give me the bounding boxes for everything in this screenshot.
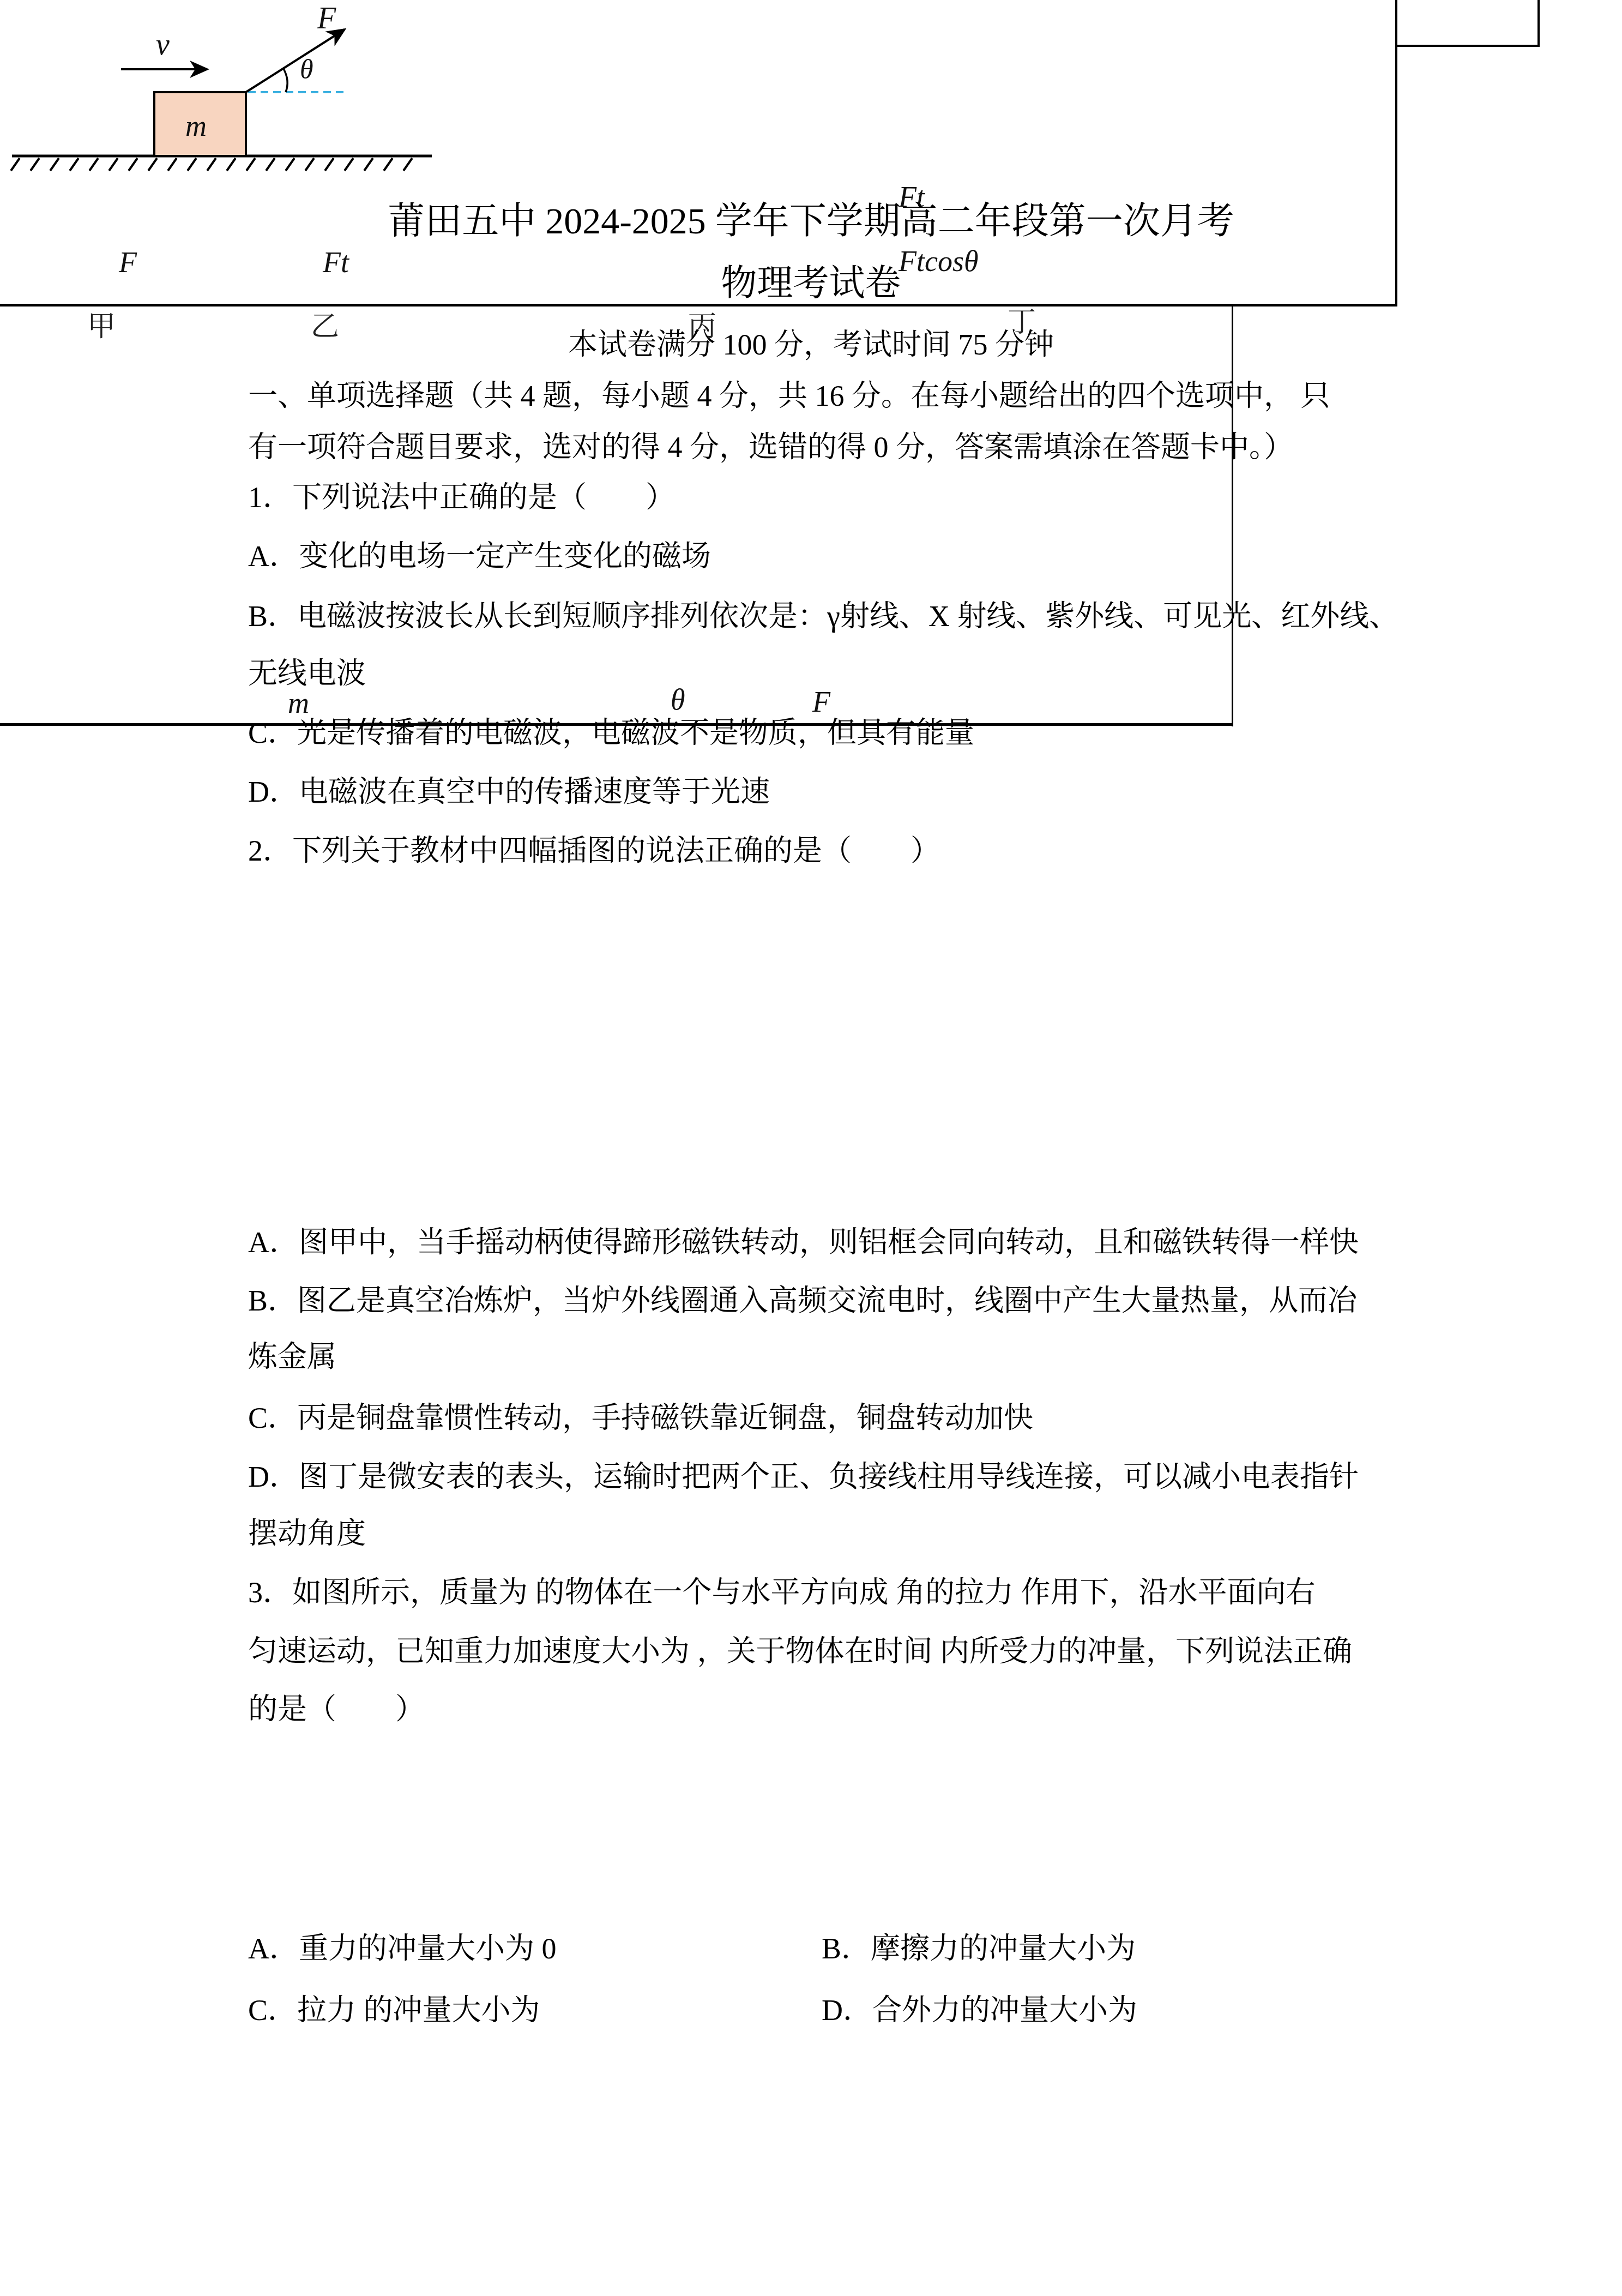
force-label: F (317, 1, 336, 36)
q2-option-b[interactable]: B．图乙是真空冶炼炉，当炉外线圈通入高频交流电时，线圈中产生大量热量，从而冶 (248, 1284, 1357, 1317)
velocity-label: v (156, 27, 170, 62)
stray-label-m: m (288, 686, 309, 720)
q2-option-d-cont: 摆动角度 (248, 1517, 366, 1550)
q1-option-d[interactable]: D．电磁波在真空中的传播速度等于光速 (248, 776, 770, 808)
content-box-right-edge (1232, 306, 1233, 726)
q1-option-b-cont: 无线电波 (248, 657, 366, 690)
question-2-stem: 2．下列关于教材中四幅插图的说法正确的是（ ） (248, 834, 940, 867)
question-2-figure-area (248, 873, 1393, 1222)
q3-option-a[interactable]: A．重力的冲量大小为 0 (248, 1932, 557, 1965)
exam-subtitle: 物理考试卷 (0, 262, 1622, 305)
q1-option-a[interactable]: A．变化的电场一定产生变化的磁场 (248, 540, 711, 573)
question-3-stem-line-3: 的是（ ） (248, 1693, 425, 1726)
q2-option-d[interactable]: D．图丁是微安表的表头，运输时把两个正、负接线柱用导线连接，可以减小电表指针 (248, 1460, 1359, 1493)
stray-label-F2: F (812, 685, 830, 719)
q3-option-b[interactable]: B．摩擦力的冲量大小为 (822, 1932, 1136, 1965)
q2-option-a[interactable]: A．图甲中，当手摇动柄使得蹄形磁铁转动，则铝框会同向转动，且和磁铁转得一样快 (248, 1226, 1359, 1259)
q1-option-c[interactable]: C．光是传播着的电磁波，电磁波不是物质，但具有能量 (248, 717, 974, 749)
section-intro-line-1: 一、单项选择题（共 4 题，每小题 4 分，共 16 分。在每小题给出的四个选项… (248, 380, 1330, 412)
section-intro-line-2: 有一项符合题目要求，选对的得 4 分，选错的得 0 分，答案需填涂在答题卡中。） (248, 431, 1293, 464)
angle-label: θ (300, 53, 313, 85)
exam-title: 莆田五中 2024-2025 学年下学期高二年段第一次月考 (0, 199, 1622, 243)
q3-option-c[interactable]: C．拉力 的冲量大小为 (248, 1994, 540, 2027)
exam-info: 本试卷满分 100 分，考试时间 75 分钟 (0, 327, 1622, 362)
question-1-stem: 1．下列说法中正确的是（ ） (248, 481, 675, 514)
mass-label: m (185, 109, 207, 143)
q2-option-b-cont: 炼金属 (248, 1341, 336, 1373)
q3-option-d[interactable]: D．合外力的冲量大小为 (822, 1994, 1137, 2027)
question-3-stem-line-2: 匀速运动，已知重力加速度大小为 ，关于物体在时间 内所受力的冲量，下列说法正确 (248, 1635, 1352, 1668)
top-right-box-bottom-edge (1395, 45, 1540, 47)
q1-option-b[interactable]: B．电磁波按波长从长到短顺序排列依次是：γ射线、X 射线、紫外线、可见光、红外线… (248, 600, 1398, 633)
question-3-stem-line-1: 3．如图所示，质量为 的物体在一个与水平方向成 角的拉力 作用下，沿水平面向右 (248, 1576, 1316, 1609)
q2-option-c[interactable]: C．丙是铜盘靠惯性转动，手持磁铁靠近铜盘，铜盘转动加快 (248, 1402, 1033, 1434)
force-diagram (0, 0, 436, 180)
top-right-box-right-edge (1537, 0, 1540, 47)
stray-label-theta: θ (671, 683, 685, 717)
